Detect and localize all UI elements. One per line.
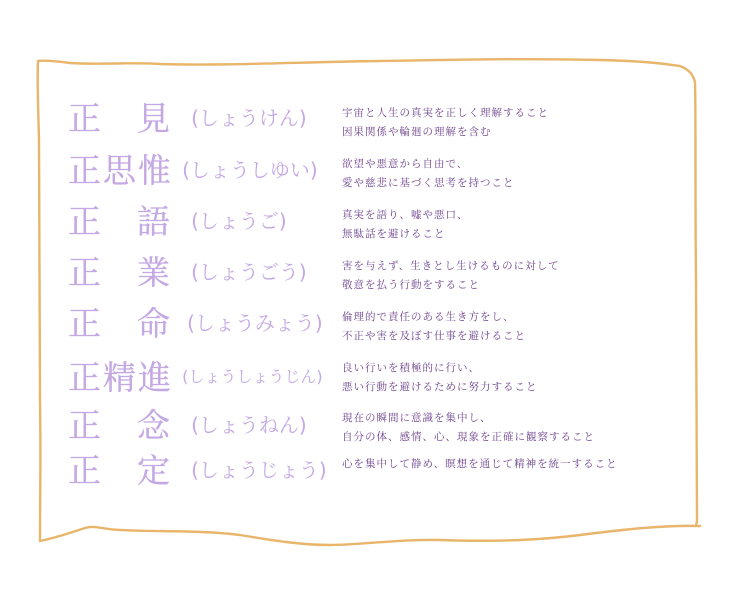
description-line: 不正や害を及ぼす仕事を避けること (342, 327, 526, 346)
term-reading: (しょうねん) (191, 409, 307, 438)
term-description: 良い行いを積極的に行い、 悪い行動を避けるために努力すること (342, 359, 538, 397)
term-char: 正 (68, 451, 103, 490)
term-reading: (しょうけん) (191, 102, 307, 131)
term-char: 見 (137, 99, 172, 138)
term-char: 正 (68, 202, 103, 241)
description-line: 無駄話を避けること (342, 225, 469, 244)
term-char: 正 (68, 358, 103, 397)
term-reading: (しょうごう) (191, 256, 307, 285)
term-reading: (しょうご) (191, 205, 287, 234)
term-char: 念 (137, 406, 172, 445)
term-description: 心を集中して静め、瞑想を通じて精神を統一すること (342, 455, 618, 474)
term-right-speech: 正語 (しょうご) (68, 196, 287, 243)
term-right-mindfulness: 正念 (しょうねん) (68, 400, 307, 447)
term-reading: (しょうしゆい) (182, 154, 318, 183)
description-line: 害を与えず、生きとし生けるものに対して (342, 257, 560, 276)
term-right-action: 正業 (しょうごう) (68, 247, 307, 294)
term-char: 正 (68, 253, 103, 292)
term-right-effort: 正精進 (しょうしょうじん) (68, 352, 323, 399)
term-char: 思 (103, 151, 138, 190)
term-char: 命 (137, 304, 172, 343)
description-line: 敬意を払う行動をすること (342, 276, 560, 295)
term-description: 欲望や悪意から自由で、 愛や慈悲に基づく思考を持つこと (342, 155, 515, 193)
term-reading: (しょうじょう) (191, 454, 327, 483)
term-char: 進 (138, 358, 173, 397)
term-right-view: 正見 (しょうけん) (68, 93, 307, 140)
term-char: 正 (68, 151, 103, 190)
term-char: 正 (68, 304, 103, 343)
term-reading: (しょうみょう) (187, 307, 323, 336)
term-right-intention: 正思惟 (しょうしゆい) (68, 145, 318, 192)
term-char: 定 (137, 451, 172, 490)
term-right-livelihood: 正命 (しょうみょう) (68, 298, 323, 345)
term-description: 倫理的で責任のある生き方をし、 不正や害を及ぼす仕事を避けること (342, 308, 526, 346)
term-description: 真実を語り、嘘や悪口、 無駄話を避けること (342, 206, 469, 244)
description-line: 良い行いを積極的に行い、 (342, 359, 538, 378)
term-description: 害を与えず、生きとし生けるものに対して 敬意を払う行動をすること (342, 257, 560, 295)
term-description: 現在の瞬間に意識を集中し、 自分の体、感情、心、現象を正確に観察すること (342, 409, 595, 447)
term-reading: (しょうしょうじん) (182, 364, 323, 387)
description-line: 因果関係や輪廻の理解を含む (342, 123, 549, 142)
description-line: 自分の体、感情、心、現象を正確に観察すること (342, 428, 595, 447)
term-description: 宇宙と人生の真実を正しく理解すること 因果関係や輪廻の理解を含む (342, 104, 549, 142)
term-right-concentration: 正定 (しょうじょう) (68, 445, 327, 492)
term-char: 精 (103, 358, 138, 397)
term-char: 惟 (138, 151, 173, 190)
description-line: 宇宙と人生の真実を正しく理解すること (342, 104, 549, 123)
term-char: 業 (137, 253, 172, 292)
description-line: 現在の瞬間に意識を集中し、 (342, 409, 595, 428)
description-line: 倫理的で責任のある生き方をし、 (342, 308, 526, 327)
term-char: 語 (137, 202, 172, 241)
term-char: 正 (68, 99, 103, 138)
description-line: 愛や慈悲に基づく思考を持つこと (342, 174, 515, 193)
description-line: 真実を語り、嘘や悪口、 (342, 206, 469, 225)
term-char: 正 (68, 406, 103, 445)
description-line: 悪い行動を避けるために努力すること (342, 378, 538, 397)
description-line: 欲望や悪意から自由で、 (342, 155, 515, 174)
description-line: 心を集中して静め、瞑想を通じて精神を統一すること (342, 455, 618, 474)
